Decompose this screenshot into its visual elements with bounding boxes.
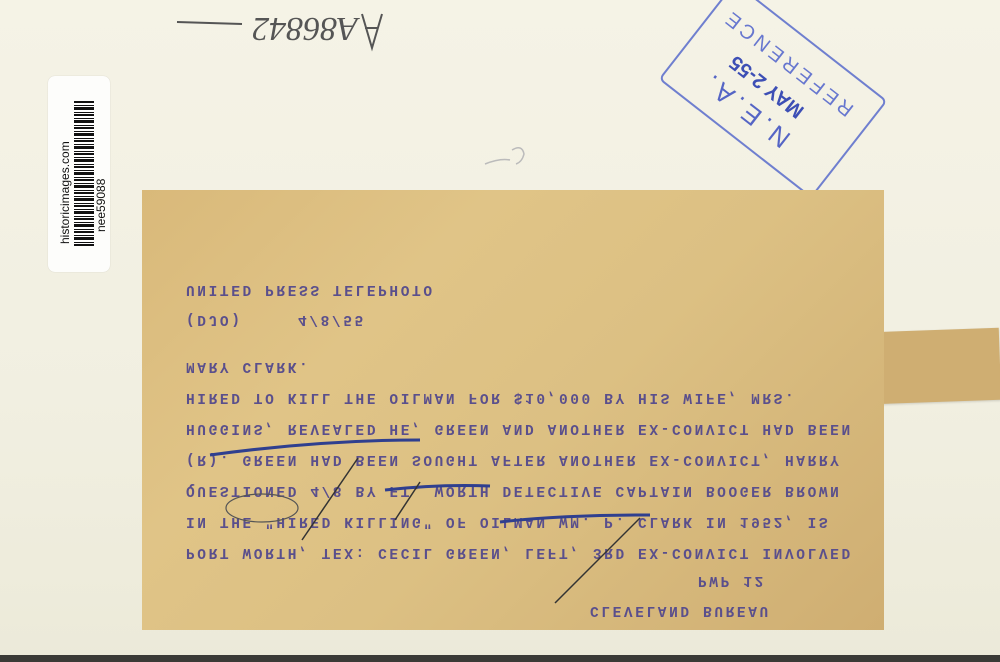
label-site-text: historicimages.com	[58, 141, 72, 244]
caption-initials: (DJO)	[186, 311, 243, 327]
caption-bureau: CLEVELAND BUREAU	[590, 602, 771, 618]
svg-text:A86842: A86842	[252, 10, 360, 47]
caption-line: QUESTIONED 4/8 BY FT. WORTH DETECTIVE CA…	[186, 482, 841, 498]
label-id-text: nee59088	[94, 179, 108, 232]
caption-line: HIRED TO KILL THE OILMAN FOR $10,000 BY …	[186, 389, 796, 405]
pencil-mark	[480, 140, 540, 170]
barcode	[74, 101, 94, 246]
caption-credit: UNITED PRESS TELEPHOTO	[186, 281, 435, 297]
handwritten-number: A86842	[172, 6, 392, 54]
caption-line: HUGGINS, REVEALED HE, GREEN AND ANOTHER …	[186, 420, 853, 436]
caption-line: IN THE "HIRED KILLING" OF OILMAN WM. P. …	[186, 513, 830, 529]
caption-line: PORT WORTH, TEX: CECIL GREEN, LEFT, 3RD …	[186, 544, 853, 560]
barcode-label: historicimages.com nee59088	[48, 76, 110, 272]
caption-line: (R). GREEN HAD BEEN SOUGHT AFTER ANOTHER…	[186, 451, 841, 467]
tape-strip	[872, 328, 1000, 404]
caption-date: 4/8/55	[298, 311, 366, 327]
caption-line: MARY CLARK.	[186, 358, 310, 374]
caption-code: PWP 12	[698, 572, 766, 588]
photo-bottom-edge	[0, 655, 1000, 662]
caption-slip: CLEVELAND BUREAU PWP 12 PORT WORTH, TEX:…	[142, 190, 884, 630]
